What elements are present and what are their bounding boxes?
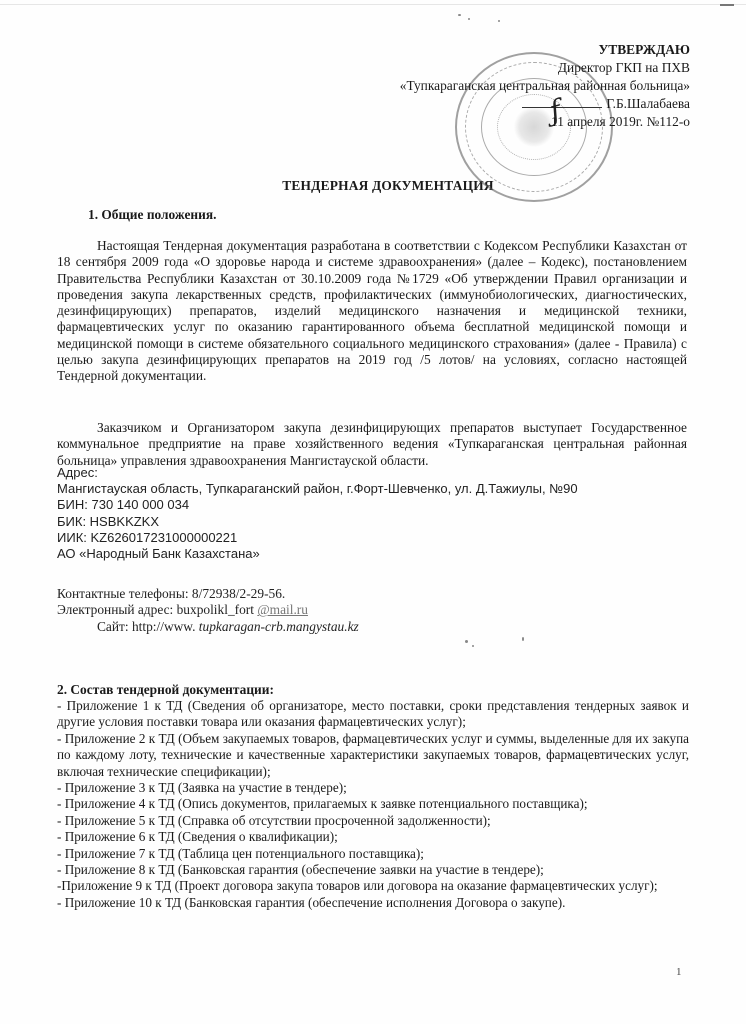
list-item: - Приложение 2 к ТД (Объем закупаемых то… (57, 731, 689, 780)
approval-title: УТВЕРЖДАЮ (400, 41, 690, 59)
requisites-block: Адрес: Мангистауская область, Тупкараган… (57, 465, 578, 562)
approval-signatory-line: Г.Б.Шалабаева (400, 95, 690, 113)
address-label: Адрес: (57, 465, 578, 481)
email-label: Электронный адрес: buxpolikl_fort (57, 602, 257, 617)
section-1-paragraph-1: Настоящая Тендерная документация разрабо… (57, 238, 687, 385)
email-link[interactable]: @mail.ru (257, 602, 308, 617)
list-item: -Приложение 9 к ТД (Проект договора заку… (57, 878, 689, 894)
contact-email: Электронный адрес: buxpolikl_fort @mail.… (57, 602, 359, 618)
bik: БИК: HSBKKZKX (57, 514, 578, 530)
iik: ИИК: KZ626017231000000221 (57, 530, 578, 546)
appendix-list: - Приложение 1 к ТД (Сведения об организ… (57, 698, 689, 911)
section-1-paragraph-2: Заказчиком и Организатором закупа дезинф… (57, 420, 687, 469)
bin: БИН: 730 140 000 034 (57, 497, 578, 513)
site-label: Сайт: http://www. (97, 619, 199, 634)
scan-speck (465, 640, 468, 643)
list-item: - Приложение 5 к ТД (Справка об отсутств… (57, 813, 689, 829)
corner-mark (720, 4, 734, 6)
list-item: - Приложение 7 к ТД (Таблица цен потенци… (57, 846, 689, 862)
approval-organization: «Тупкараганская центральная районная бол… (400, 77, 690, 95)
scan-speck (472, 645, 474, 647)
list-item: - Приложение 10 к ТД (Банковская гаранти… (57, 895, 689, 911)
section-1-heading: 1. Общие положения. (88, 207, 216, 223)
approval-position: Директор ГКП на ПХВ (400, 59, 690, 77)
document-title: ТЕНДЕРНАЯ ДОКУМЕНТАЦИЯ (0, 178, 746, 194)
bank: АО «Народный Банк Казахстана» (57, 546, 578, 562)
scan-speck (522, 637, 524, 641)
scan-edge-line (0, 4, 746, 5)
contact-phones: Контактные телефоны: 8/72938/2-29-56. (57, 586, 359, 602)
address: Мангистауская область, Тупкараганский ра… (57, 481, 578, 497)
list-item: - Приложение 8 к ТД (Банковская гарантия… (57, 862, 689, 878)
document-page: ƒ УТВЕРЖДАЮ Директор ГКП на ПХВ «Тупкара… (0, 0, 746, 1024)
approval-date-order: 11 апреля 2019г. №112-о (400, 113, 690, 131)
list-item: - Приложение 3 к ТД (Заявка на участие в… (57, 780, 689, 796)
approval-signatory: Г.Б.Шалабаева (606, 96, 690, 111)
signature-line (522, 97, 602, 108)
site-link[interactable]: tupkaragan-crb.mangystau.kz (199, 619, 359, 634)
contacts-block: Контактные телефоны: 8/72938/2-29-56. Эл… (57, 586, 359, 635)
list-item: - Приложение 1 к ТД (Сведения об организ… (57, 698, 689, 731)
scan-speck (498, 20, 500, 22)
scan-speck (468, 18, 470, 20)
approval-block: УТВЕРЖДАЮ Директор ГКП на ПХВ «Тупкарага… (400, 41, 690, 131)
scan-speck (458, 14, 461, 16)
list-item: - Приложение 4 к ТД (Опись документов, п… (57, 796, 689, 812)
contact-site: Сайт: http://www. tupkaragan-crb.mangyst… (57, 619, 359, 635)
list-item: - Приложение 6 к ТД (Сведения о квалифик… (57, 829, 689, 845)
section-2-heading: 2. Состав тендерной документации: (57, 682, 274, 698)
page-number: 1 (676, 966, 682, 978)
